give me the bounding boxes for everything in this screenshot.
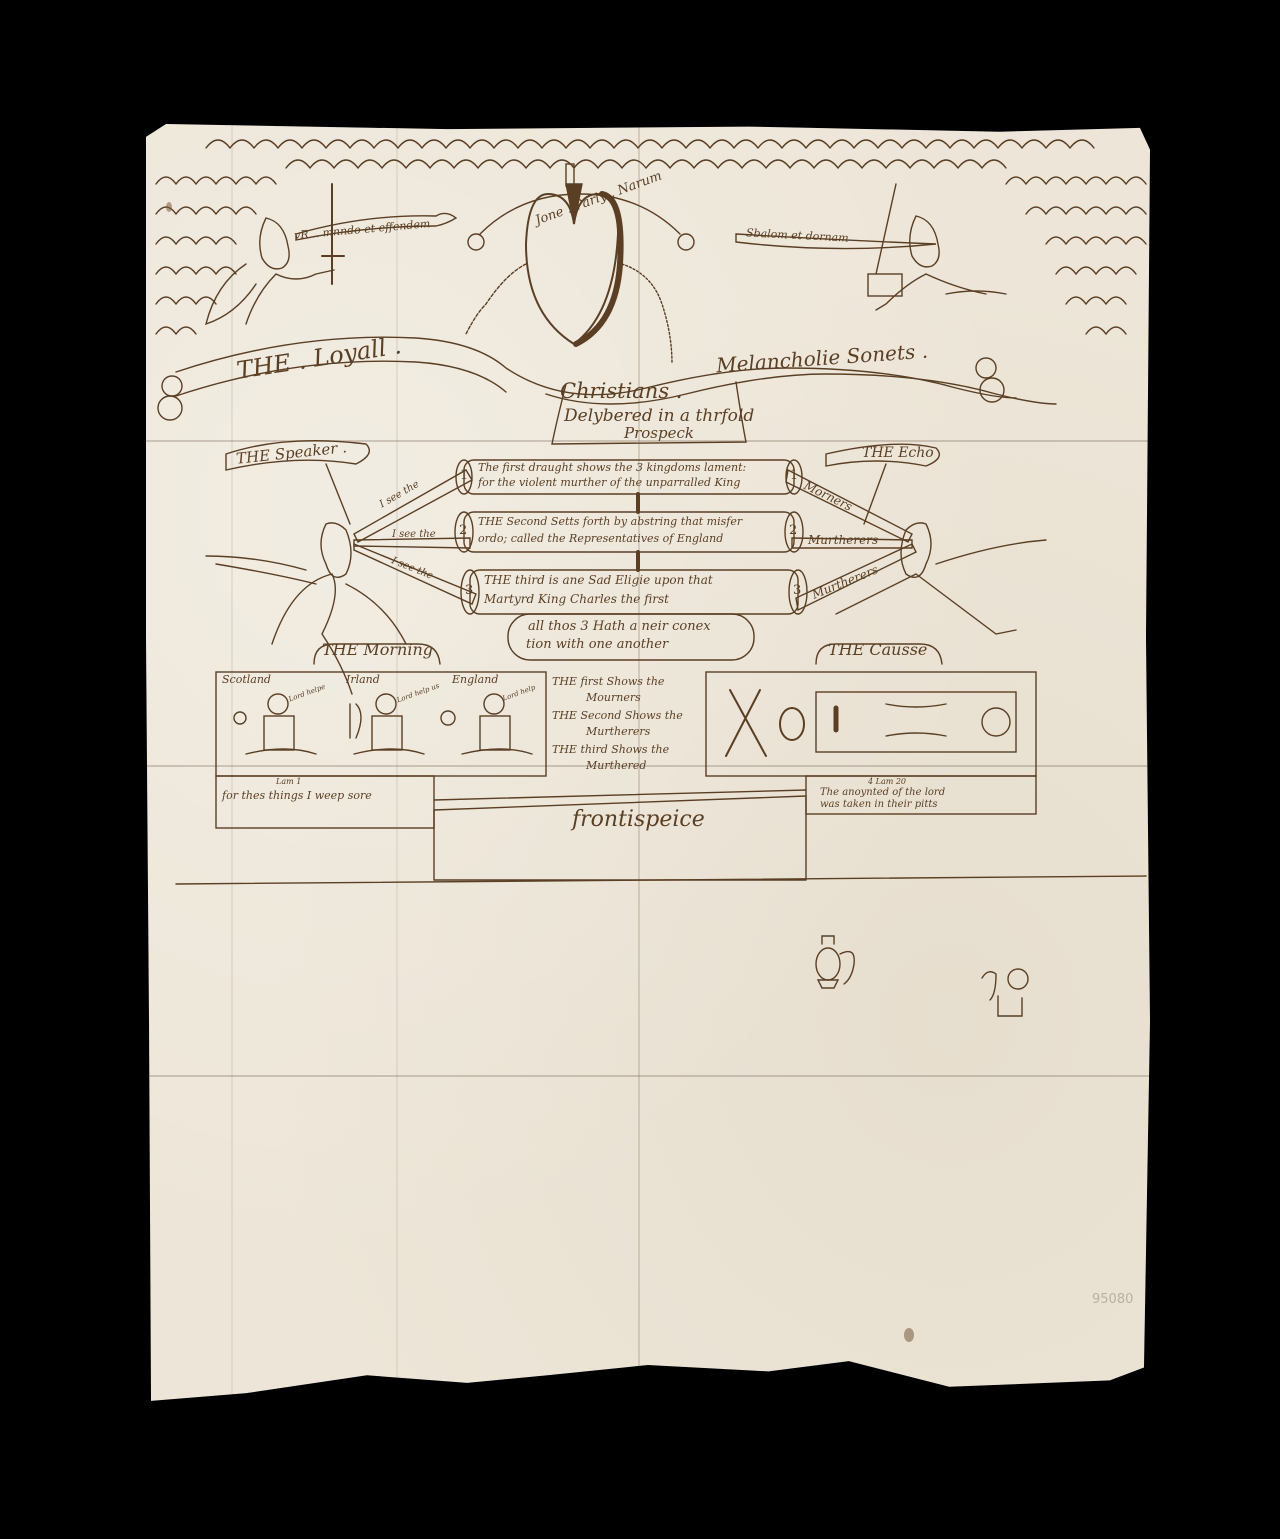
kingdom-label-england: England (452, 674, 498, 686)
panel-middle-line: THE third Shows the (552, 744, 669, 756)
lower-rule (176, 876, 1146, 884)
thistle-icon (234, 712, 246, 724)
manuscript-sheet: Jone . Parly . Narum vR .. mnndo et effe… (146, 124, 1150, 1406)
left-caption-text: for thes things I weep sore (222, 790, 372, 802)
scroll-2-line-1: THE Second Setts forth by abstring that … (478, 516, 742, 528)
subtitle-line-2: Prospeck (624, 426, 694, 442)
scroll-number: 2 (459, 524, 467, 538)
scroll-1-line-1: The first draught shows the 3 kingdoms l… (478, 462, 746, 474)
morning-pedestal-label: THE Morning (322, 642, 433, 659)
ink-drawing-layer (146, 124, 1150, 1406)
ink-stain (904, 1328, 914, 1342)
angel-with-sword-icon (206, 184, 344, 324)
left-caption-frame (216, 776, 434, 828)
harp-icon (350, 704, 361, 738)
kingdoms-panel-frame (216, 672, 546, 776)
martyr-panel-frame (706, 672, 1036, 776)
panel-middle-line: Murtherers (586, 726, 650, 738)
scroll-number: 3 (793, 584, 801, 598)
scroll-number: 1 (460, 469, 468, 483)
accession-number: 95080 (1092, 1292, 1133, 1307)
right-caption-reference: 4 Lam 20 (868, 778, 906, 786)
frontispiece-label: frontispeice (572, 808, 705, 831)
winged-head-sketch-icon (982, 969, 1028, 1016)
scroll-1-line-2: for the violent murther of the unparrall… (478, 477, 740, 489)
scroll-2-line-2: ordo; called the Representatives of Engl… (478, 533, 723, 545)
panel-middle-line: THE first Shows the (552, 676, 664, 688)
title-banner-center: Christians . (560, 380, 682, 402)
martyred-king-effigy-icon (726, 690, 1016, 756)
right-caption-line-1: The anoynted of the lord (820, 788, 945, 799)
panel-middle-line: THE Second Shows the (552, 710, 683, 722)
ray-label: Murtherers (808, 534, 878, 547)
cause-pedestal-label: THE Causse (828, 642, 927, 659)
scroll-number: 1 (790, 469, 798, 483)
left-caption-reference: Lam 1 (276, 778, 301, 786)
echo-scroll-label: THE Echo (862, 446, 934, 461)
ewer-sketch-icon (816, 936, 854, 988)
scroll-3-line-1: THE third is ane Sad Eligie upon that (484, 574, 713, 587)
connector-note-line-1: all thos 3 Hath a neir conex (528, 620, 711, 634)
ray-label: I see the (392, 530, 436, 541)
scroll-number: 2 (789, 524, 797, 538)
panel-middle-line: Mourners (586, 692, 641, 704)
kingdom-label-scotland: Scotland (222, 674, 271, 686)
ink-stain (166, 202, 172, 212)
right-caption-line-2: was taken in their pitts (820, 800, 938, 811)
kingdom-label-ireland: Irland (346, 674, 380, 686)
scroll-3-line-2: Martyrd King Charles the first (484, 593, 669, 606)
connector-note-line-2: tion with one another (526, 638, 668, 652)
scroll-number: 3 (465, 584, 473, 598)
rose-icon (441, 711, 455, 725)
panel-middle-line: Murthered (586, 760, 646, 772)
three-kingdoms-figures-icon (234, 694, 532, 754)
